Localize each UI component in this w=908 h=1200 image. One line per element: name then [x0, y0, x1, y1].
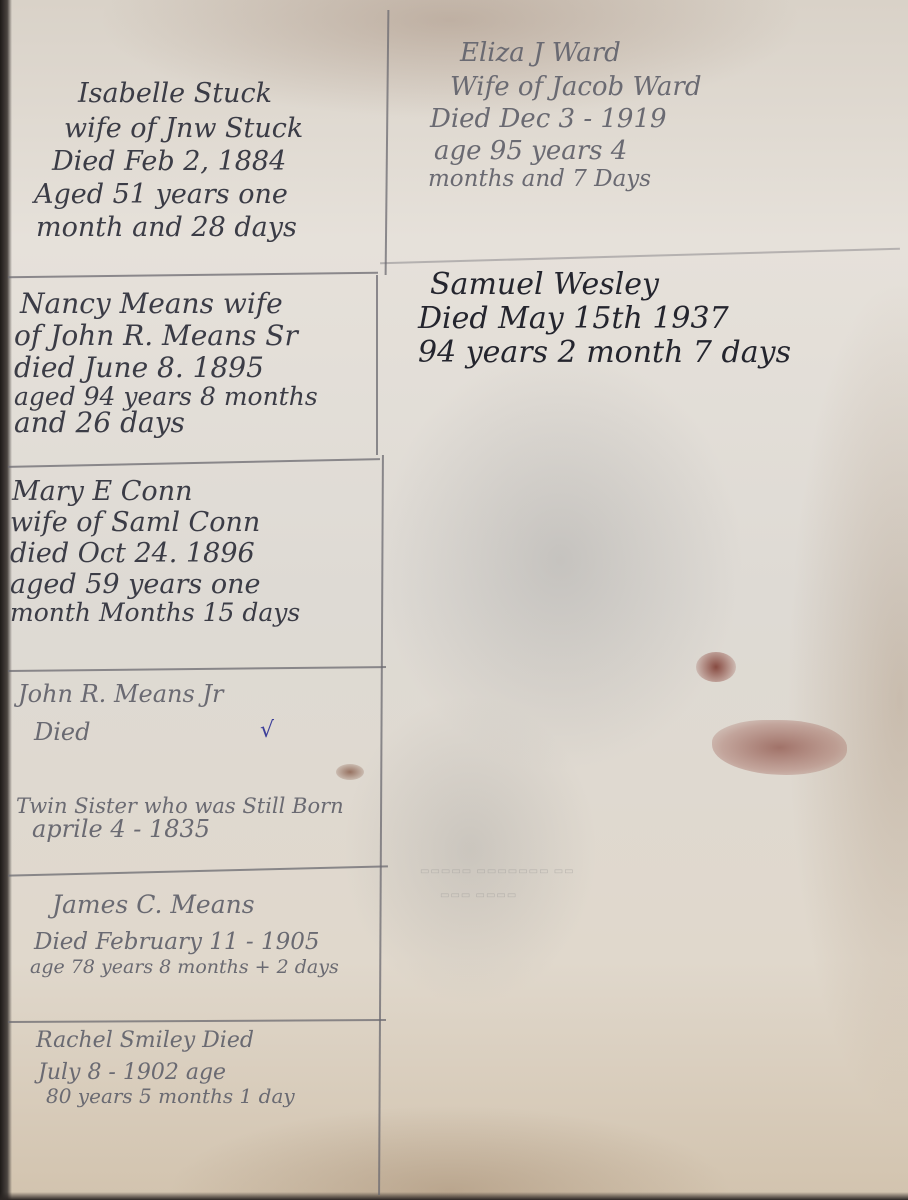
- entry-line: Eliza J Ward: [460, 40, 711, 66]
- entry-line: Mary E Conn: [12, 478, 302, 505]
- entry-line: Aged 51 years one: [34, 181, 295, 208]
- entry-line: died June 8. 1895: [14, 354, 318, 382]
- vertical-divider-lower: [378, 455, 383, 1195]
- entry-james-means: James C. Means Died February 11 - 1905 a…: [34, 892, 343, 959]
- bleed-through-print: ▭▭▭▭▭ ▭▭▭▭▭▭▭ ▭▭: [420, 866, 575, 877]
- page-bottom-edge: [0, 1192, 908, 1200]
- entry-john-means-jr: John R. Means Jr Died Twin Sister who wa…: [16, 682, 344, 775]
- entry-line: wife of Jnw Stuck: [64, 115, 325, 142]
- entry-line: James C. Means: [52, 892, 361, 917]
- entry-line: Died February 11 - 1905: [34, 931, 343, 954]
- bleed-through-print-2: ▭▭▭ ▭▭▭▭: [440, 890, 517, 901]
- entry-line: wife of Saml Conn: [10, 509, 300, 536]
- entry-line: month Months 15 days: [10, 600, 300, 625]
- entry-line: Isabelle Stuck: [78, 80, 339, 107]
- entry-line: Died: [34, 720, 362, 744]
- record-page: ▭▭▭▭▭ ▭▭▭▭▭▭▭ ▭▭ ▭▭▭ ▭▭▭▭ Isabelle Stuck…: [0, 0, 908, 1200]
- stain-large: [712, 720, 847, 775]
- entry-line: Died Dec 3 - 1919: [430, 106, 681, 132]
- entry-line: aprile 4 - 1835: [32, 817, 360, 841]
- entry-nancy-means: Nancy Means wife of John R. Means Sr die…: [14, 290, 318, 427]
- entry-samuel-wesley: Samuel Wesley Died May 15th 1937 94 year…: [418, 270, 791, 360]
- entry-line: and 26 days: [14, 409, 318, 437]
- entry-line: months and 7 Days: [428, 168, 679, 191]
- row-divider-3: [8, 666, 386, 671]
- entry-line: Twin Sister who was Still Born: [16, 796, 344, 817]
- row-divider-1: [8, 272, 378, 278]
- entry-line: July 8 - 1902 age: [38, 1062, 287, 1084]
- entry-line: Wife of Jacob Ward: [450, 74, 701, 100]
- entry-line: Died Feb 2, 1884: [52, 148, 313, 175]
- entry-line: month and 28 days: [36, 214, 297, 241]
- row-divider-4: [8, 865, 388, 876]
- entry-line: age 95 years 4: [434, 138, 685, 164]
- entry-line: Died May 15th 1937: [418, 304, 791, 334]
- entry-line: Nancy Means wife: [20, 290, 324, 318]
- entry-line: 80 years 5 months 1 day: [46, 1086, 295, 1106]
- entry-line: died Oct 24. 1896: [10, 540, 300, 567]
- row-divider-2: [8, 458, 380, 467]
- vertical-divider-upper: [385, 10, 389, 275]
- entry-line: aged 59 years one: [10, 571, 300, 598]
- entry-line: Samuel Wesley: [430, 270, 803, 300]
- stain-round: [696, 652, 736, 682]
- entry-mary-conn: Mary E Conn wife of Saml Conn died Oct 2…: [10, 478, 300, 611]
- entry-line: age 78 years 8 months + 2 days: [30, 958, 339, 977]
- entry-line: Rachel Smiley Died: [36, 1030, 285, 1052]
- right-row-divider: [380, 248, 900, 264]
- entry-line: of John R. Means Sr: [14, 322, 318, 350]
- entry-isabelle-stuck: Isabelle Stuck wife of Jnw Stuck Died Fe…: [36, 80, 297, 215]
- entry-eliza-ward: Eliza J Ward Wife of Jacob Ward Died Dec…: [430, 40, 681, 167]
- entry-rachel-smiley: Rachel Smiley Died July 8 - 1902 age 80 …: [36, 1030, 285, 1094]
- entry-line: John R. Means Jr: [18, 682, 346, 706]
- row-divider-5: [8, 1019, 386, 1022]
- entry-line: 94 years 2 month 7 days: [418, 338, 791, 368]
- vertical-divider-mid: [376, 275, 378, 455]
- blue-check-mark: √: [260, 718, 274, 743]
